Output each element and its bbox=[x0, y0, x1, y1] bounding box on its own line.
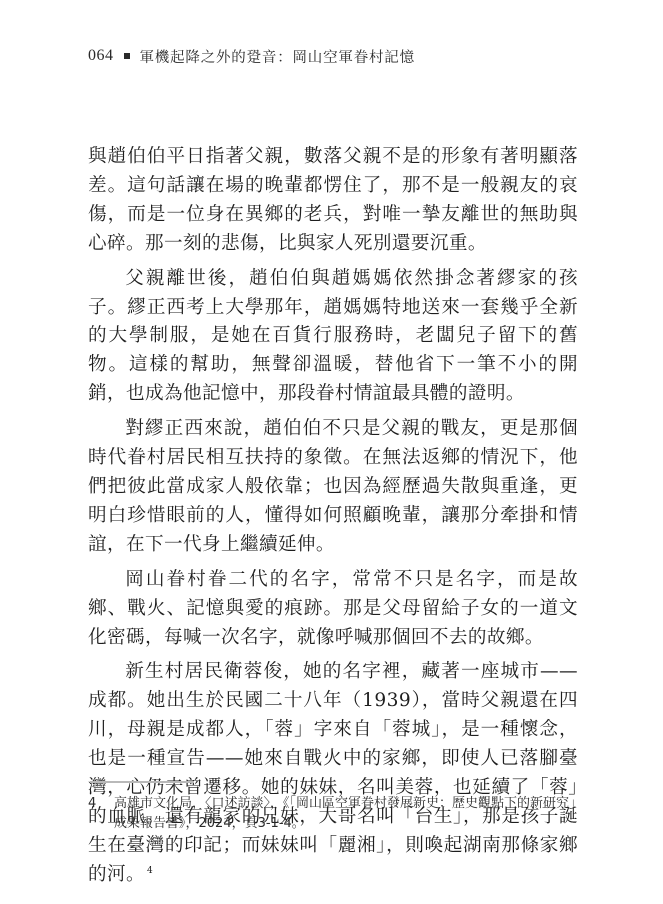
footnote-text: 高雄市文化局，〈口述訪談〉，《「岡山區空軍眷村發展新史：歷史觀點下的新研究」成果… bbox=[114, 794, 588, 834]
page-number: 064 bbox=[88, 47, 114, 65]
footnote: 4 高雄市文化局，〈口述訪談〉，《「岡山區空軍眷村發展新史：歷史觀點下的新研究」… bbox=[88, 794, 588, 834]
paragraph-text: 父親離世後，趙伯伯與趙媽媽依然掛念著繆家的孩子。繆正西考上大學那年，趙媽媽特地送… bbox=[88, 268, 578, 405]
running-header: 064 軍機起降之外的跫音：岡山空軍眷村記憶 bbox=[88, 44, 415, 68]
footnote-divider bbox=[90, 781, 194, 783]
paragraph-text: 岡山眷村眷二代的名字，常常不只是名字，而是故鄉、戰火、記憶與愛的痕跡。那是父母留… bbox=[88, 569, 578, 648]
paragraph-5: 新生村居民衛蓉俊，她的名字裡，藏著一座城市——成都。她出生於民國二十八年（193… bbox=[88, 658, 578, 889]
paragraph-text: 對繆正西來說，趙伯伯不只是父親的戰友，更是那個時代眷村居民相互扶持的象徵。在無法… bbox=[88, 418, 578, 555]
book-title: 軍機起降之外的跫音：岡山空軍眷村記憶 bbox=[140, 46, 415, 67]
paragraph-text: 與趙伯伯平日指著父親，數落父親不是的形象有著明顯落差。這句話讓在場的晚輩都愣住了… bbox=[88, 146, 578, 254]
footnote-number: 4 bbox=[88, 794, 114, 834]
paragraph-3: 對繆正西來說，趙伯伯不只是父親的戰友，更是那個時代眷村居民相互扶持的象徵。在無法… bbox=[88, 415, 578, 560]
paragraph-1: 與趙伯伯平日指著父親，數落父親不是的形象有著明顯落差。這句話讓在場的晚輩都愣住了… bbox=[88, 143, 578, 259]
paragraph-text: 新生村居民衛蓉俊，她的名字裡，藏著一座城市——成都。她出生於民國二十八年（193… bbox=[88, 661, 578, 884]
header-separator-square-icon bbox=[124, 53, 130, 59]
footnote-reference[interactable]: 4 bbox=[147, 866, 153, 876]
paragraph-2: 父親離世後，趙伯伯與趙媽媽依然掛念著繆家的孩子。繆正西考上大學那年，趙媽媽特地送… bbox=[88, 265, 578, 410]
paragraph-4: 岡山眷村眷二代的名字，常常不只是名字，而是故鄉、戰火、記憶與愛的痕跡。那是父母留… bbox=[88, 566, 578, 653]
